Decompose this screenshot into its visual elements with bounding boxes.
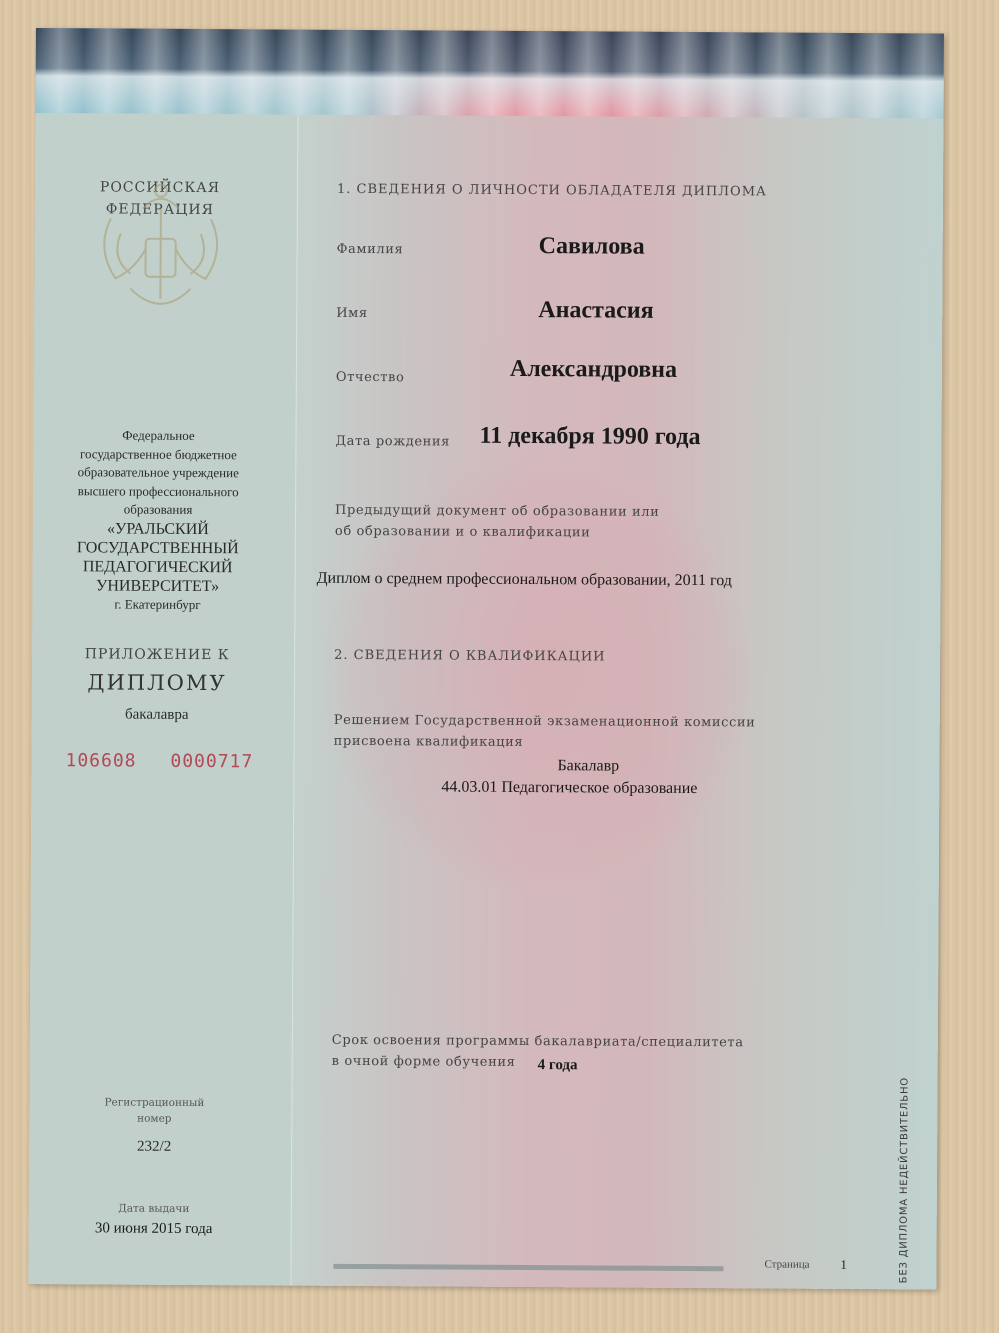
russian-coat-of-arms-icon: [90, 178, 231, 329]
specialty-value: 44.03.01 Педагогическое образование: [441, 778, 697, 798]
section1-heading: 1. СВЕДЕНИЯ О ЛИЧНОСТИ ОБЛАДАТЕЛЯ ДИПЛОМ…: [337, 182, 767, 200]
appendix-diploma-word: ДИПЛОМУ: [32, 670, 282, 696]
patronymic-label: Отчество: [336, 370, 405, 385]
name-value: Анастасия: [538, 297, 654, 325]
serial-number: 106608 0000717: [65, 750, 253, 772]
invalid-without-diploma-note: БЕЗ ДИПЛОМА НЕДЕЙСТВИТЕЛЬНО: [898, 1077, 910, 1283]
page-number: 1: [840, 1257, 847, 1273]
name-label: Имя: [336, 306, 368, 321]
degree-type: бакалавра: [32, 706, 282, 725]
previous-document-label: Предыдущий документ об образовании или о…: [335, 500, 660, 544]
qualification-value: Бакалавр: [557, 757, 619, 775]
surname-value: Савилова: [539, 233, 645, 261]
security-pattern-band: [35, 28, 944, 119]
signature-line: [333, 1264, 723, 1271]
surname-label: Фамилия: [337, 242, 404, 257]
registration-number: 232/2: [29, 1138, 279, 1157]
previous-document-value: Диплом о среднем профессиональном образо…: [317, 570, 732, 591]
birth-date-value: 11 декабря 1990 года: [479, 423, 700, 451]
registration-label: Регистрационный номер: [29, 1094, 279, 1128]
study-duration-value: 4 года: [538, 1057, 578, 1074]
section2-heading: 2. СВЕДЕНИЯ О КВАЛИФИКАЦИИ: [334, 648, 605, 665]
appendix-title: ПРИЛОЖЕНИЕ К: [32, 646, 282, 664]
institution-name: Федеральное государственное бюджетное об…: [32, 426, 283, 615]
page-label: Страница: [764, 1258, 809, 1270]
qualification-decision-label: Решением Государственной экзаменационной…: [334, 710, 756, 755]
diploma-appendix-page: РОССИЙСКАЯ ФЕДЕРАЦИЯ Федеральное государ…: [28, 28, 944, 1290]
issue-date: 30 июня 2015 года: [29, 1220, 279, 1239]
issue-date-label: Дата выдачи: [29, 1202, 279, 1216]
birth-date-label: Дата рождения: [335, 434, 450, 450]
patronymic-value: Александровна: [510, 356, 677, 384]
